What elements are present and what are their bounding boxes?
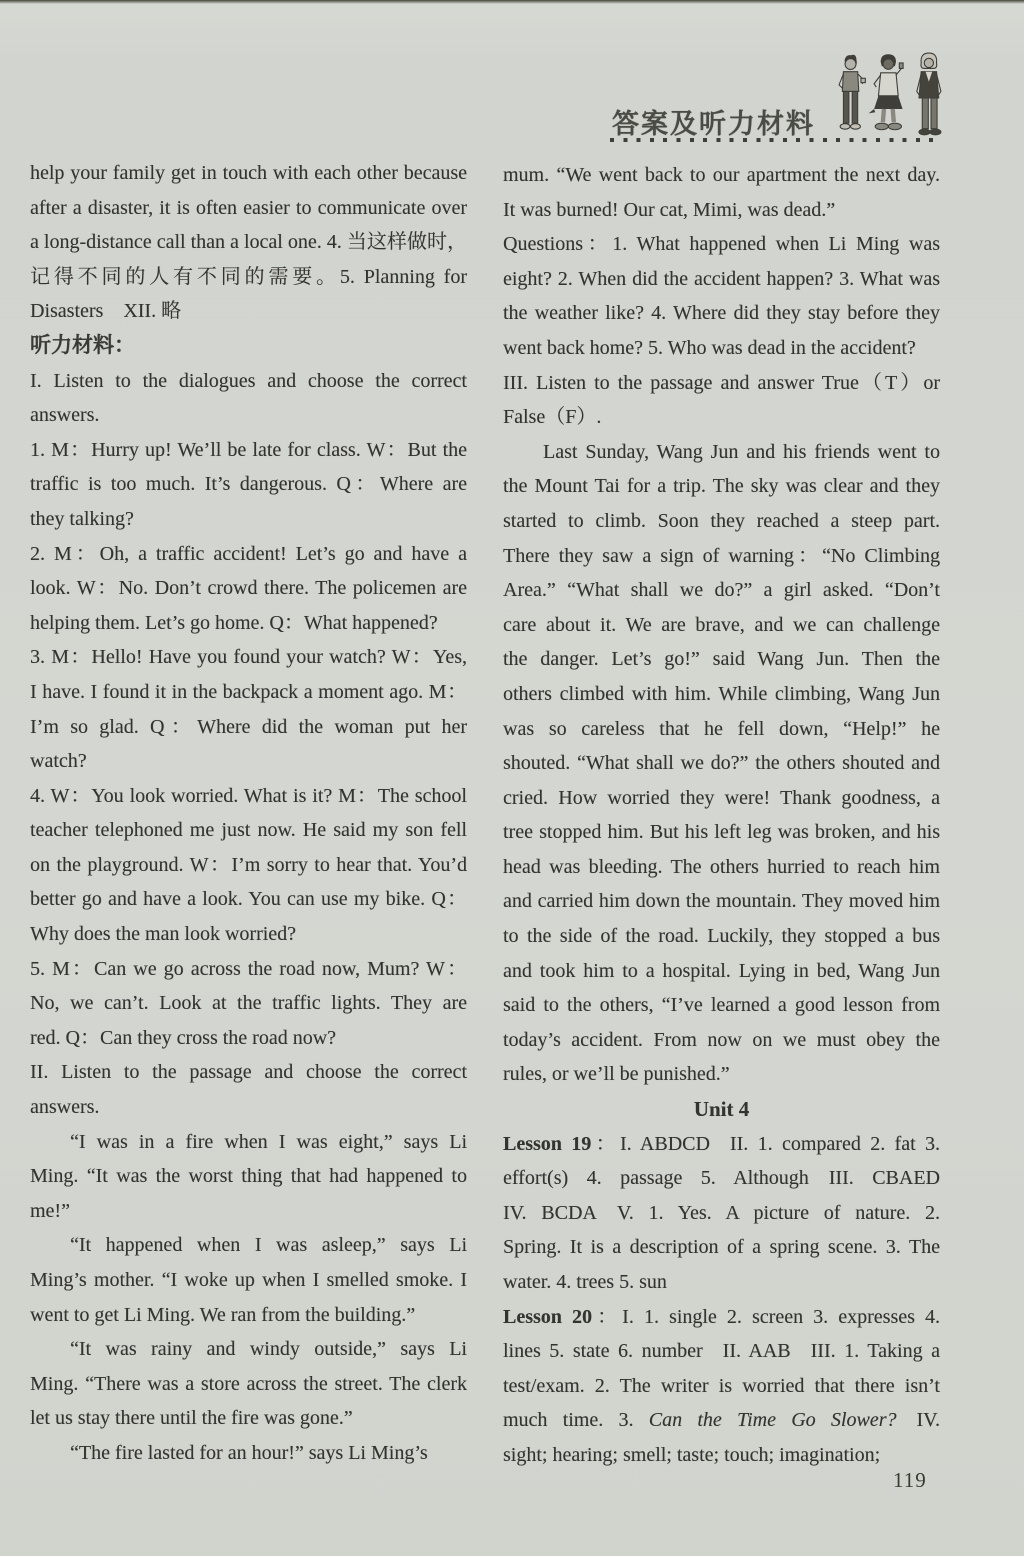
page-number: 119 <box>893 1468 927 1493</box>
text-line: and carried him down the mountain. They … <box>503 884 940 919</box>
text-line: to the side of the road. Luckily, they s… <box>503 919 940 954</box>
text-segment: helping them. Let’s go home. Q：What happ… <box>30 612 438 634</box>
text-line: mum. “We went back to our apartment the … <box>503 158 940 193</box>
text-segment: was so careless that he fell down, “Help… <box>503 718 940 740</box>
text-line: water. 4. trees 5. sun <box>503 1265 940 1300</box>
text-line: tree stopped him. But his left leg was b… <box>503 815 940 850</box>
text-line: It was burned! Our cat, Mimi, was dead.” <box>503 193 940 228</box>
text-segment: today’s accident. From now on we must ob… <box>503 1029 940 1051</box>
text-line: 5. M：Can we go across the road now, Mum?… <box>30 952 467 987</box>
text-line: went back home? 5. Who was dead in the a… <box>503 331 940 366</box>
text-segment: 3. M：Hello! Have you found your watch? W… <box>30 646 467 668</box>
text-line: “It was rainy and windy outside,” says L… <box>30 1332 467 1367</box>
text-segment: 2. M：Oh, a traffic accident! Let’s go an… <box>30 543 467 565</box>
text-line: Area.” “What shall we do?” a girl asked.… <box>503 573 940 608</box>
text-segment: “I was in a fire when I was eight,” says… <box>70 1131 467 1153</box>
text-line: cried. How worried they were! Thank good… <box>503 781 940 816</box>
text-line: a long-distance call than a local one. 4… <box>30 225 467 260</box>
left-column: help your family get in touch with each … <box>30 156 467 1471</box>
text-line: No, we can’t. Look at the traffic lights… <box>30 986 467 1021</box>
text-segment: Can the Time Go Slower? <box>649 1409 897 1431</box>
text-line: “I was in a fire when I was eight,” says… <box>30 1125 467 1160</box>
text-segment: to the side of the road. Luckily, they s… <box>503 925 940 947</box>
text-line: rules, or we’ll be punished.” <box>503 1057 940 1092</box>
text-line: let us stay there until the fire was gon… <box>30 1401 467 1436</box>
text-line: Why does the man look worried? <box>30 917 467 952</box>
text-segment: No, we can’t. Look at the traffic lights… <box>30 992 467 1014</box>
text-segment: False（F）. <box>503 406 601 428</box>
text-line: Questions：1. What happened when Li Ming … <box>503 227 940 262</box>
text-segment: 5. M：Can we go across the road now, Mum?… <box>30 958 467 980</box>
text-segment: and carried him down the mountain. They … <box>503 890 940 912</box>
text-line: Ming. “There was a store across the stre… <box>30 1367 467 1402</box>
text-line: Ming. “It was the worst thing that had h… <box>30 1159 467 1194</box>
student-boy <box>839 55 865 129</box>
text-line: much time. 3. Can the Time Go Slower? IV… <box>503 1403 940 1438</box>
text-line: answers. <box>30 398 467 433</box>
text-segment: much time. 3. <box>503 1409 649 1431</box>
text-segment: It was burned! Our cat, Mimi, was dead.” <box>503 199 835 221</box>
text-segment: lines 5. state 6. number II. AAB III. 1.… <box>503 1340 940 1362</box>
text-line: I have. I found it in the backpack a mom… <box>30 675 467 710</box>
text-segment: There they saw a sign of warning：“No Cli… <box>503 545 940 567</box>
text-segment: Area.” “What shall we do?” a girl asked.… <box>503 579 940 601</box>
text-line: the danger. Let’s go!” said Wang Jun. Th… <box>503 642 940 677</box>
text-line: on the playground. W：I’m sorry to hear t… <box>30 848 467 883</box>
text-line: me!” <box>30 1194 467 1229</box>
text-line: teacher telephoned me just now. He said … <box>30 813 467 848</box>
text-segment: they talking? <box>30 508 134 530</box>
text-line: went to get Li Ming. We ran from the bui… <box>30 1298 467 1333</box>
text-line: II. Listen to the passage and choose the… <box>30 1055 467 1090</box>
text-segment: better go and have a look. You can use m… <box>30 888 467 910</box>
text-line: red. Q：Can they cross the road now? <box>30 1021 467 1056</box>
text-segment: said to the others, “I’ve learned a good… <box>503 994 940 1016</box>
text-segment: started to climb. Soon they reached a st… <box>503 510 940 532</box>
text-segment: answers. <box>30 1096 99 1118</box>
text-line: head was bleeding. The others hurried to… <box>503 850 940 885</box>
text-segment: “It was rainy and windy outside,” says L… <box>70 1338 467 1360</box>
text-line: I. Listen to the dialogues and choose th… <box>30 364 467 399</box>
text-segment: 1. M：Hurry up! We’ll be late for class. … <box>30 439 467 461</box>
text-line: others climbed with him. While climbing,… <box>503 677 940 712</box>
page-title: 答案及听力材料 <box>612 102 815 141</box>
text-segment: the danger. Let’s go!” said Wang Jun. Th… <box>503 648 940 670</box>
text-segment: Lesson 20 <box>503 1306 592 1328</box>
text-line: 4. W：You look worried. What is it? M：The… <box>30 779 467 814</box>
text-segment: red. Q：Can they cross the road now? <box>30 1027 336 1049</box>
text-segment: mum. “We went back to our apartment the … <box>503 164 940 186</box>
text-segment: went back home? 5. Who was dead in the a… <box>503 337 916 359</box>
text-segment: eight? 2. When did the accident happen? … <box>503 268 940 290</box>
text-line: better go and have a look. You can use m… <box>30 882 467 917</box>
text-segment: Ming’s mother. “I woke up when I smelled… <box>30 1269 467 1291</box>
text-segment: test/exam. 2. The writer is worried that… <box>503 1375 940 1397</box>
text-line: helping them. Let’s go home. Q：What happ… <box>30 606 467 641</box>
text-line: False（F）. <box>503 400 940 435</box>
text-line: traffic is too much. It’s dangerous. Q：W… <box>30 467 467 502</box>
text-segment: care about it. We are brave, and we can … <box>503 614 940 636</box>
text-line: shouted. “What shall we do?” the others … <box>503 746 940 781</box>
text-line: today’s accident. From now on we must ob… <box>503 1023 940 1058</box>
text-segment: others climbed with him. While climbing,… <box>503 683 940 705</box>
text-segment: 听力材料： <box>30 334 135 357</box>
text-segment: IV. <box>896 1409 940 1431</box>
text-segment: IV. BCDA V. 1. Yes. A picture of nature.… <box>503 1202 940 1224</box>
text-line: III. Listen to the passage and answer Tr… <box>503 366 940 401</box>
text-segment: Ming. “There was a store across the stre… <box>30 1373 467 1395</box>
text-segment: tree stopped him. But his left leg was b… <box>503 821 940 843</box>
text-segment: III. Listen to the passage and answer Tr… <box>503 372 940 394</box>
text-line: and took him to a hospital. Lying in bed… <box>503 954 940 989</box>
text-segment: went to get Li Ming. We ran from the bui… <box>30 1304 415 1326</box>
text-segment: rules, or we’ll be punished.” <box>503 1063 730 1085</box>
text-segment: effort(s) 4. passage 5. Although III. CB… <box>503 1167 940 1189</box>
text-segment: shouted. “What shall we do?” the others … <box>503 752 940 774</box>
text-segment: I. Listen to the dialogues and choose th… <box>30 370 467 392</box>
scanned-answer-page: 答案及听力材料 <box>0 0 1024 1556</box>
text-line: the weather like? 4. Where did they stay… <box>503 296 940 331</box>
text-line: watch? <box>30 744 467 779</box>
text-segment: Questions：1. What happened when Li Ming … <box>503 233 940 255</box>
text-line: “The fire lasted for an hour!” says Li M… <box>30 1436 467 1471</box>
text-segment: ：I. 1. single 2. screen 3. expresses 4. <box>592 1306 940 1328</box>
text-segment: II. Listen to the passage and choose the… <box>30 1061 467 1083</box>
text-line: 听力材料： <box>30 329 467 364</box>
text-segment: “The fire lasted for an hour!” says Li M… <box>70 1442 428 1464</box>
right-column: mum. “We went back to our apartment the … <box>503 158 940 1473</box>
text-line: Lesson 19：I. ABDCD II. 1. compared 2. fa… <box>503 1127 940 1162</box>
students-illustration <box>830 52 962 144</box>
text-segment: cried. How worried they were! Thank good… <box>503 787 940 809</box>
scan-top-edge <box>0 0 1024 4</box>
text-line: eight? 2. When did the accident happen? … <box>503 262 940 297</box>
text-segment: traffic is too much. It’s dangerous. Q：W… <box>30 473 467 495</box>
text-line: the Mount Tai for a trip. The sky was cl… <box>503 469 940 504</box>
text-line: 3. M：Hello! Have you found your watch? W… <box>30 640 467 675</box>
text-segment: Lesson 19 <box>503 1133 591 1155</box>
text-line: said to the others, “I’ve learned a good… <box>503 988 940 1023</box>
text-line: test/exam. 2. The writer is worried that… <box>503 1369 940 1404</box>
text-segment: help your family get in touch with each … <box>30 162 467 184</box>
text-segment: Unit 4 <box>694 1097 749 1121</box>
text-segment: 记得不同的人有不同的需要。5. Planning for <box>30 266 467 288</box>
text-segment: I have. I found it in the backpack a mom… <box>30 681 467 703</box>
text-line: after a disaster, it is often easier to … <box>30 191 467 226</box>
text-segment: I’m so glad. Q：Where did the woman put h… <box>30 716 467 738</box>
text-segment: “It happened when I was asleep,” says Li <box>70 1234 467 1256</box>
text-segment: Ming. “It was the worst thing that had h… <box>30 1165 467 1187</box>
text-segment: water. 4. trees 5. sun <box>503 1271 667 1293</box>
text-segment: Spring. It is a description of a spring … <box>503 1236 940 1258</box>
text-segment: me!” <box>30 1200 70 1222</box>
text-line: was so careless that he fell down, “Help… <box>503 712 940 747</box>
text-line: 2. M：Oh, a traffic accident! Let’s go an… <box>30 537 467 572</box>
text-line: “It happened when I was asleep,” says Li <box>30 1228 467 1263</box>
text-line: 1. M：Hurry up! We’ll be late for class. … <box>30 433 467 468</box>
text-line: There they saw a sign of warning：“No Cli… <box>503 539 940 574</box>
text-line: Disasters XII. 略 <box>30 294 467 329</box>
text-line: look. W：No. Don’t crowd there. The polic… <box>30 571 467 606</box>
text-line: effort(s) 4. passage 5. Although III. CB… <box>503 1161 940 1196</box>
text-segment: Disasters XII. 略 <box>30 300 181 322</box>
text-line: started to climb. Soon they reached a st… <box>503 504 940 539</box>
text-segment: Why does the man look worried? <box>30 923 296 945</box>
text-line: care about it. We are brave, and we can … <box>503 608 940 643</box>
text-segment: the weather like? 4. Where did they stay… <box>503 302 940 324</box>
text-line: IV. BCDA V. 1. Yes. A picture of nature.… <box>503 1196 940 1231</box>
text-segment: a long-distance call than a local one. 4… <box>30 231 467 253</box>
text-segment: sight; hearing; smell; taste; touch; ima… <box>503 1444 880 1466</box>
text-line: answers. <box>30 1090 467 1125</box>
text-line: 记得不同的人有不同的需要。5. Planning for <box>30 260 467 295</box>
text-line: Last Sunday, Wang Jun and his friends we… <box>503 435 940 470</box>
text-segment: teacher telephoned me just now. He said … <box>30 819 467 841</box>
text-line: help your family get in touch with each … <box>30 156 467 191</box>
text-line: sight; hearing; smell; taste; touch; ima… <box>503 1438 940 1473</box>
student-girl <box>869 54 904 130</box>
text-line: Unit 4 <box>503 1092 940 1127</box>
text-segment: head was bleeding. The others hurried to… <box>503 856 940 878</box>
text-segment: Last Sunday, Wang Jun and his friends we… <box>543 441 940 463</box>
text-line: Lesson 20：I. 1. single 2. screen 3. expr… <box>503 1300 940 1335</box>
text-segment: look. W：No. Don’t crowd there. The polic… <box>30 577 467 599</box>
text-line: Spring. It is a description of a spring … <box>503 1230 940 1265</box>
text-segment: on the playground. W：I’m sorry to hear t… <box>30 854 467 876</box>
text-segment: watch? <box>30 750 87 772</box>
text-segment: 4. W：You look worried. What is it? M：The… <box>30 785 467 807</box>
text-segment: ：I. ABDCD II. 1. compared 2. fat 3. <box>591 1133 940 1155</box>
text-segment: answers. <box>30 404 99 426</box>
text-segment: the Mount Tai for a trip. The sky was cl… <box>503 475 940 497</box>
student-tall <box>917 53 941 135</box>
text-segment: after a disaster, it is often easier to … <box>30 197 467 219</box>
text-line: I’m so glad. Q：Where did the woman put h… <box>30 710 467 745</box>
text-segment: let us stay there until the fire was gon… <box>30 1407 353 1429</box>
text-line: they talking? <box>30 502 467 537</box>
text-line: lines 5. state 6. number II. AAB III. 1.… <box>503 1334 940 1369</box>
text-line: Ming’s mother. “I woke up when I smelled… <box>30 1263 467 1298</box>
text-segment: and took him to a hospital. Lying in bed… <box>503 960 940 982</box>
